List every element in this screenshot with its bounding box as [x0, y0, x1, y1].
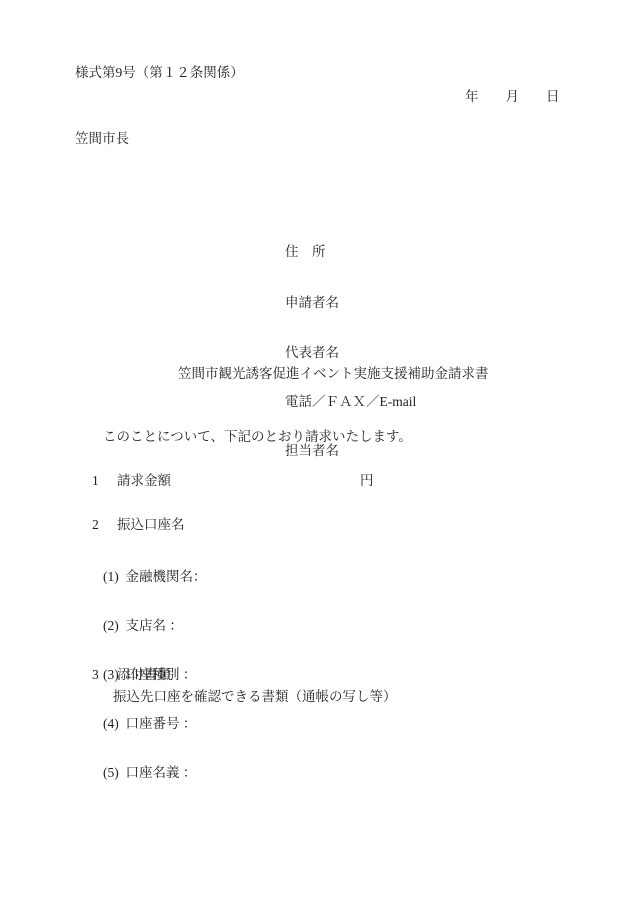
- sub-item-account-number: (4) 口座番号 ：: [103, 717, 207, 739]
- person-in-charge-label: 担当者名: [285, 444, 416, 467]
- addressee: 笠間市長: [75, 132, 129, 146]
- applicant-block: 住 所 申請者名 代表者名 電話／ＦＡＸ／E-mail 担当者名: [285, 218, 416, 494]
- item1-number: 1: [92, 474, 99, 488]
- date-line: 年 月 日: [465, 90, 560, 104]
- item2-number: 2: [92, 518, 99, 532]
- body-sentence: このことについて、下記のとおり請求いたします。: [103, 430, 412, 444]
- representative-name-label: 代表者名: [285, 346, 416, 368]
- item1-unit: 円: [360, 474, 374, 488]
- form-number: 様式第9号（第１２条関係）: [75, 66, 244, 80]
- item3-note: 振込先口座を確認できる書類（通帳の写し等）: [113, 690, 397, 704]
- item3-label: 添付書類: [117, 668, 171, 682]
- sub-item-account-holder: (5) 口座名義 ：: [103, 766, 207, 788]
- item1-label: 請求金額: [117, 474, 171, 488]
- sub-item-financial-institution: (1) 金融機関名：: [103, 570, 207, 592]
- document-title: 笠間市観光誘客促進イベント実施支援補助金請求書: [178, 367, 489, 381]
- item3-number: 3: [92, 668, 99, 682]
- applicant-name-label: 申請者名: [285, 296, 416, 319]
- sub-item-branch-name: (2) 支店名 ：: [103, 619, 207, 641]
- applicant-address-label: 住 所: [285, 245, 416, 269]
- item2-label: 振込口座名: [117, 518, 185, 532]
- contact-label: 電話／ＦＡＸ／E-mail: [285, 395, 416, 417]
- document-page: 様式第9号（第１２条関係） 年 月 日 笠間市長 住 所 申請者名 代表者名 電…: [0, 0, 630, 903]
